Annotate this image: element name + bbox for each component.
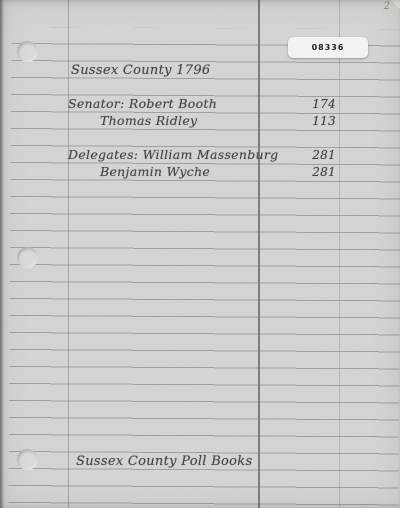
candidate-label: Senator: Robert Booth <box>68 96 217 111</box>
footer-text: Sussex County Poll Books <box>76 454 252 469</box>
candidate-label: Delegates: William Massenburg <box>68 147 278 162</box>
candidate-label: Benjamin Wyche <box>100 164 210 179</box>
scanned-ledger-page: 08336 2 Sussex County 1796 Senator: Robe… <box>0 0 400 508</box>
catalog-sticker: 08336 <box>288 37 368 58</box>
title-text: Sussex County 1796 <box>71 63 210 78</box>
candidate-label: Thomas Ridley <box>100 113 197 128</box>
vote-count: 113 <box>312 112 336 130</box>
punch-hole-middle <box>17 247 38 268</box>
corner-fold <box>391 0 400 9</box>
vote-count: 281 <box>312 163 336 181</box>
punch-hole-top <box>17 41 38 62</box>
ledger-row: Thomas Ridley 113 <box>0 112 400 130</box>
vote-count: 174 <box>312 95 336 113</box>
corner-page-number: 2 <box>384 1 390 12</box>
title-line: Sussex County 1796 <box>0 61 400 79</box>
vote-count: 281 <box>312 146 336 164</box>
ledger-row: Benjamin Wyche 281 <box>0 163 400 181</box>
footer-line: Sussex County Poll Books <box>0 452 400 470</box>
ledger-row: Senator: Robert Booth 174 <box>0 95 400 113</box>
ledger-row: Delegates: William Massenburg 281 <box>0 146 400 164</box>
